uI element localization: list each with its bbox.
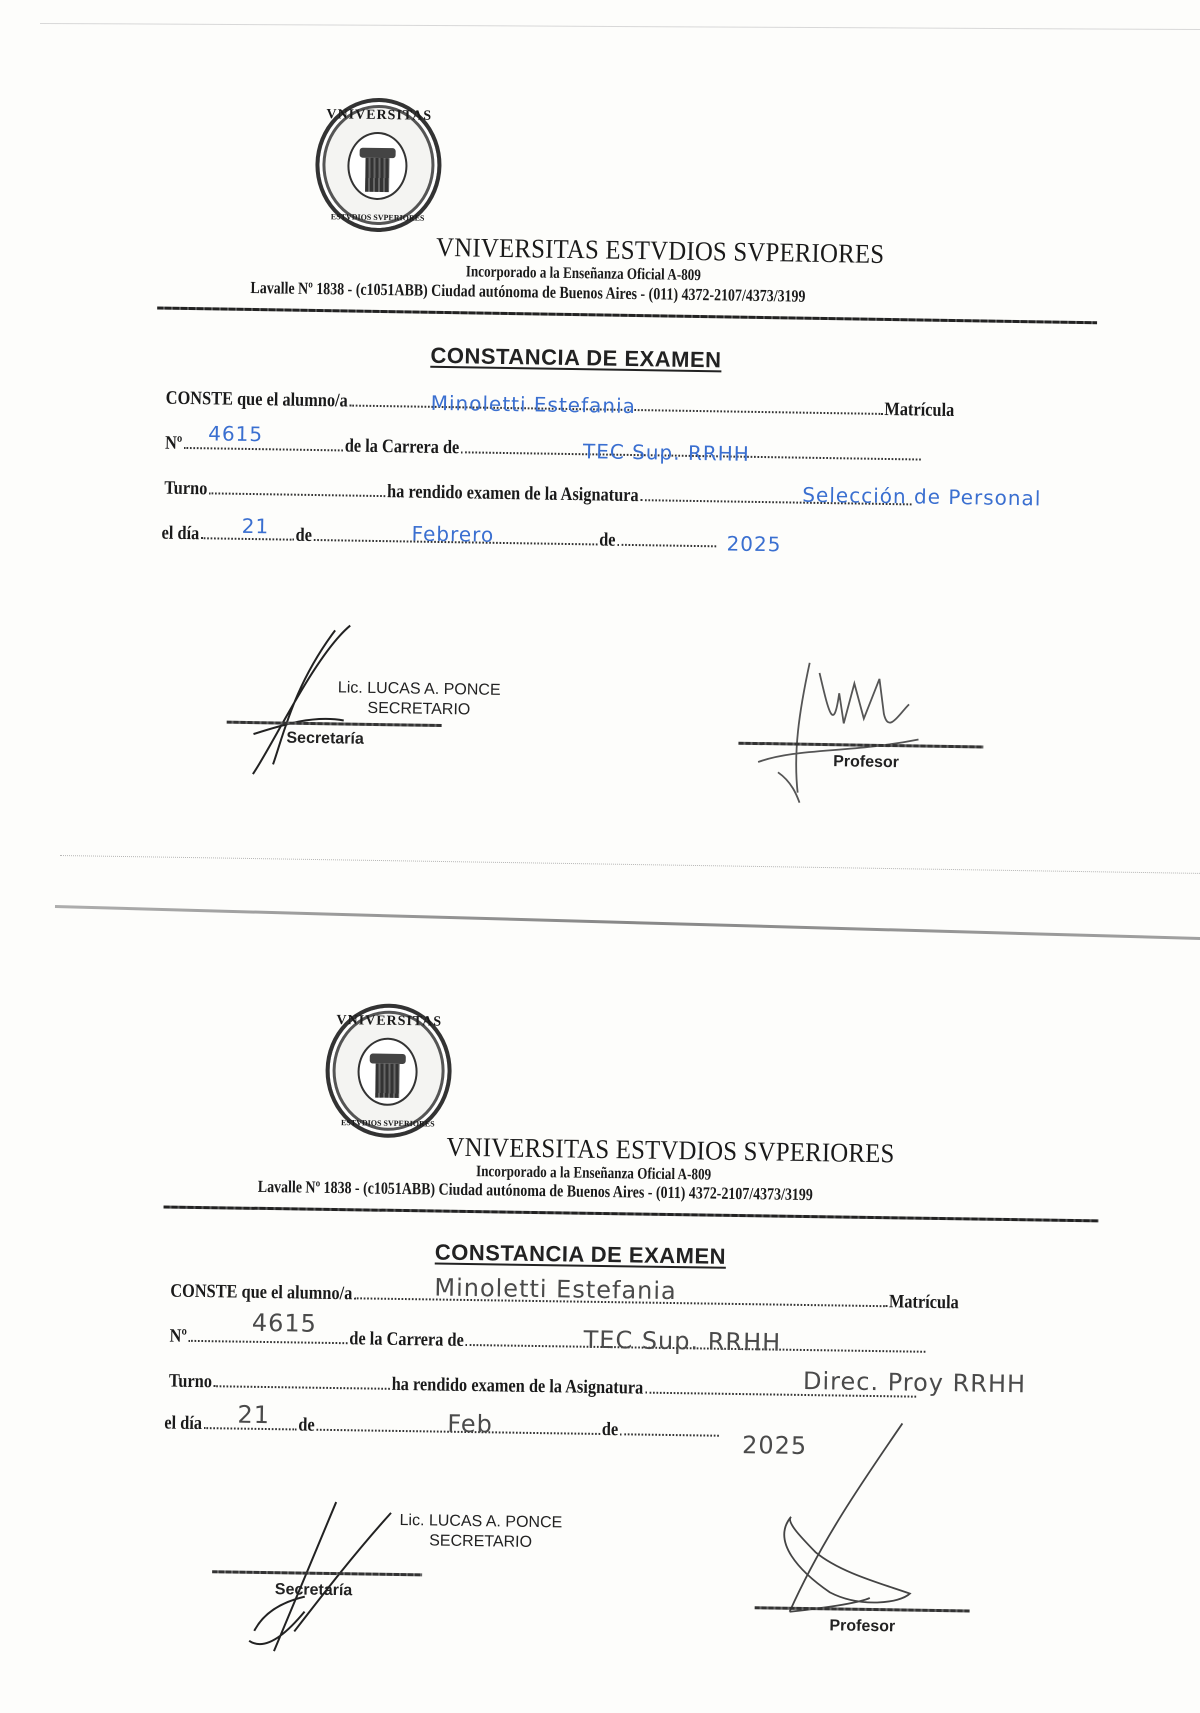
professor-label: Profesor (829, 1617, 895, 1636)
year-label: de (602, 1419, 619, 1440)
secretary-role: SECRETARIO (380, 1531, 580, 1554)
document-title: CONSTANCIA DE EXAMEN (430, 343, 721, 374)
turn-label: Turno (169, 1371, 212, 1393)
seal-bottom-text: ESTVDIOS SVPERIORES (329, 1118, 447, 1129)
university-seal-icon: VNIVERSITAS ESTVDIOS SVPERIORES (325, 1003, 453, 1139)
student-label: CONSTE que el alumno/a (166, 388, 348, 412)
certificate-2: VNIVERSITAS ESTVDIOS SVPERIORES VNIVERSI… (0, 905, 1200, 1713)
number-label: Nº (169, 1326, 187, 1347)
institution-address: Lavalle Nº 1838 - (c1051ABB) Ciudad autó… (258, 1177, 813, 1205)
month-field[interactable]: Feb (447, 1410, 493, 1439)
matricula-number-field[interactable]: 4615 (252, 1309, 317, 1338)
month-field[interactable]: Febrero (411, 522, 494, 547)
subject-label: ha rendido examen de la Asignatura (387, 481, 639, 506)
professor-signature-icon (759, 1421, 962, 1624)
subject-label: ha rendido examen de la Asignatura (392, 1374, 644, 1399)
day-label: el día (164, 1412, 202, 1434)
career-field[interactable]: TEC Sup. RRHH (583, 1326, 781, 1357)
turn-label: Turno (164, 478, 207, 500)
seal-top-text: VNIVERSITAS (320, 107, 438, 125)
header-rule (164, 1205, 1099, 1222)
certificate-1: VNIVERSITAS ESTVDIOS SVPERIORES VNIVERSI… (0, 0, 1200, 905)
subject-field[interactable]: Selección de Personal (802, 483, 1041, 511)
turn-subject-line: Turnoha rendido examen de la Asignatura (164, 478, 913, 512)
student-name-field[interactable]: Minoletti Estefania (431, 391, 637, 418)
career-field[interactable]: TEC Sup. RRHH (583, 439, 750, 466)
secretary-label: Secretaría (286, 730, 364, 749)
number-career-line: Nºde la Carrera de (165, 433, 923, 467)
month-label: de (295, 525, 312, 546)
month-label: de (298, 1414, 315, 1435)
student-name-field[interactable]: Minoletti Estefania (434, 1273, 677, 1305)
subject-field[interactable]: Direc. Proy RRHH (803, 1367, 1026, 1398)
number-label: Nº (165, 433, 183, 454)
seal-top-text: VNIVERSITAS (330, 1013, 448, 1031)
day-label: el día (161, 523, 199, 545)
document-title: CONSTANCIA DE EXAMEN (435, 1239, 726, 1269)
career-label: de la Carrera de (349, 1328, 464, 1351)
column-icon (357, 1037, 418, 1106)
institution-address: Lavalle Nº 1838 - (c1051ABB) Ciudad autó… (250, 278, 805, 307)
university-seal-icon: VNIVERSITAS ESTVDIOS SVPERIORES (314, 97, 442, 233)
career-label: de la Carrera de (345, 435, 460, 458)
secretary-role: SECRETARIO (319, 698, 519, 721)
column-icon (347, 131, 408, 200)
seal-bottom-text: ESTVDIOS SVPERIORES (319, 212, 437, 223)
day-field[interactable]: 21 (237, 1401, 270, 1429)
professor-label: Profesor (833, 753, 899, 772)
secretary-label: Secretaría (275, 1581, 353, 1600)
header-rule (157, 307, 1097, 325)
matricula-label: Matrícula (889, 1291, 959, 1313)
matricula-number-field[interactable]: 4615 (208, 421, 263, 446)
year-label: de (599, 529, 616, 550)
day-field[interactable]: 21 (242, 514, 270, 538)
year-field[interactable]: 2025 (726, 531, 781, 556)
matricula-label: Matrícula (884, 399, 954, 421)
professor-signature-icon (737, 652, 939, 805)
